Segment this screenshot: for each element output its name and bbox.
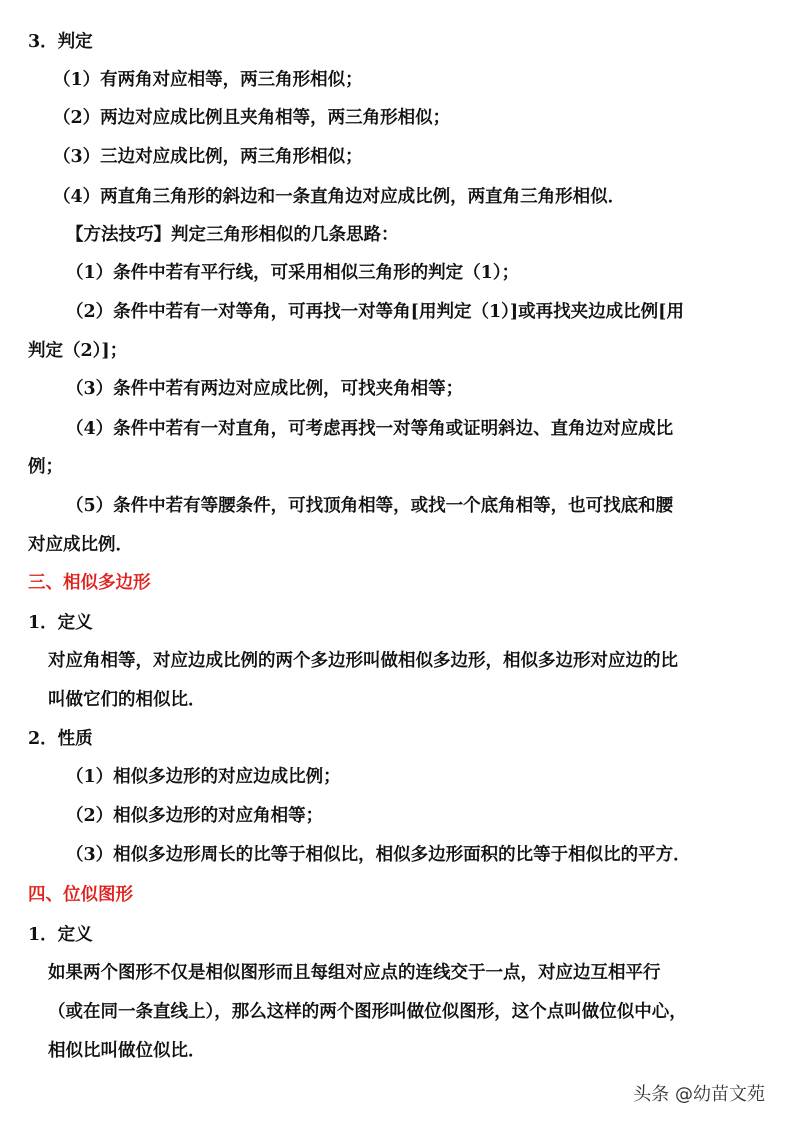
definition-polygons-text: 对应角相等，对应边成比例的两个多边形叫做相似多边形，相似多边形对应边的比 <box>48 649 678 673</box>
method-tips-heading: 【方法技巧】判定三角形相似的几条思路： <box>66 223 399 247</box>
heading-definition-polygons: 1．定义 <box>28 611 93 635</box>
property-item-2: （2）相似多边形的对应角相等； <box>66 804 323 828</box>
tip-item-3: （3）条件中若有两边对应成比例，可找夹角相等； <box>66 377 463 401</box>
criteria-item-4: （4）两直角三角形的斜边和一条直角边对应成比例，两直角三角形相似． <box>53 185 625 209</box>
criteria-item-1: （1）有两角对应相等，两三角形相似； <box>53 68 363 92</box>
heading-definition-homothetic: 1．定义 <box>28 923 93 947</box>
definition-polygons-text-cont: 叫做它们的相似比． <box>48 688 206 712</box>
watermark: 头条 @幼苗文苑 <box>633 1080 765 1106</box>
definition-homothetic-text-cont: （或在同一条直线上），那么这样的两个图形叫做位似图形，这个点叫做位似中心， <box>48 1000 687 1024</box>
heading-criteria: 3．判定 <box>28 30 93 54</box>
tip-item-5-cont: 对应成比例． <box>28 533 133 557</box>
tip-item-4: （4）条件中若有一对直角，可考虑再找一对等角或证明斜边、直角边对应成比 <box>66 417 673 441</box>
heading-properties: 2．性质 <box>28 727 93 751</box>
definition-homothetic-text: 如果两个图形不仅是相似图形而且每组对应点的连线交于一点，对应边互相平行 <box>48 961 661 985</box>
tip-item-2-cont: 判定（2）]； <box>28 339 127 363</box>
section-similar-polygons: 三、相似多边形 <box>28 571 151 595</box>
definition-homothetic-text-end: 相似比叫做位似比． <box>48 1039 206 1063</box>
section-homothetic-figures: 四、位似图形 <box>28 883 133 907</box>
criteria-item-2: （2）两边对应成比例且夹角相等，两三角形相似； <box>53 106 450 130</box>
property-item-1: （1）相似多边形的对应边成比例； <box>66 765 341 789</box>
property-item-3: （3）相似多边形周长的比等于相似比，相似多边形面积的比等于相似比的平方． <box>66 843 691 867</box>
criteria-item-3: （3）三边对应成比例，两三角形相似； <box>53 145 363 169</box>
tip-item-4-cont: 例； <box>28 455 63 479</box>
tip-item-1: （1）条件中若有平行线，可采用相似三角形的判定（1）； <box>66 261 519 285</box>
tip-item-2: （2）条件中若有一对等角，可再找一对等角[用判定（1）]或再找夹边成比例[用 <box>66 300 684 324</box>
tip-item-5: （5）条件中若有等腰条件，可找顶角相等，或找一个底角相等，也可找底和腰 <box>66 494 673 518</box>
